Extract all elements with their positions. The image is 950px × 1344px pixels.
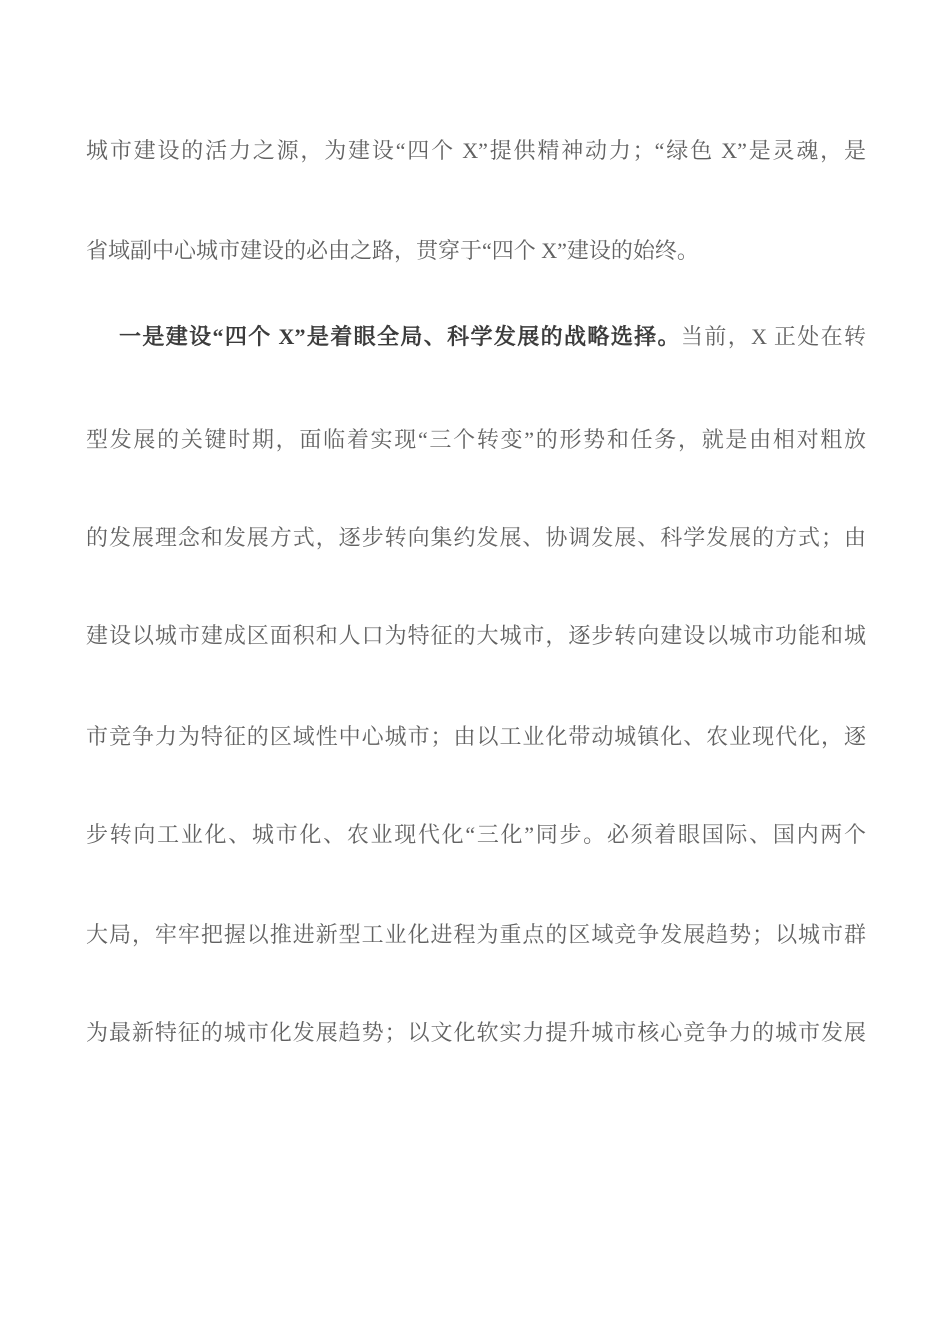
- paragraph2-line-2: 型发展的关键时期，面临着实现“三个转变”的形势和任务，就是由相对粗放: [86, 426, 866, 454]
- paragraph2-line-1: 一是建设“四个 X”是着眼全局、科学发展的战略选择。当前，X 正处在转: [86, 323, 866, 351]
- paragraph1-line-1: 城市建设的活力之源，为建设“四个 X”提供精神动力；“绿色 X”是灵魂，是: [86, 137, 866, 165]
- paragraph2-line-8: 为最新特征的城市化发展趋势；以文化软实力提升城市核心竞争力的城市发展: [86, 1019, 866, 1047]
- paragraph2-line-5: 市竞争力为特征的区域性中心城市；由以工业化带动城镇化、农业现代化，逐: [86, 723, 866, 751]
- paragraph2-line-6: 步转向工业化、城市化、农业现代化“三化”同步。必须着眼国际、国内两个: [86, 821, 866, 849]
- paragraph2-line-7: 大局，牢牢把握以推进新型工业化进程为重点的区域竞争发展趋势；以城市群: [86, 921, 866, 949]
- paragraph1-line-2: 省域副中心城市建设的必由之路，贯穿于“四个 X”建设的始终。: [86, 237, 866, 265]
- paragraph2-line-4: 建设以城市建成区面积和人口为特征的大城市，逐步转向建设以城市功能和城: [86, 622, 866, 650]
- document-page: 城市建设的活力之源，为建设“四个 X”提供精神动力；“绿色 X”是灵魂，是 省域…: [0, 0, 950, 1344]
- body-text: 省域副中心城市建设的必由之路，贯穿于“四个 X”建设的始终。: [86, 238, 699, 263]
- body-text: 当前，X 正处在转: [681, 324, 866, 349]
- bold-lead-sentence: 一是建设“四个 X”是着眼全局、科学发展的战略选择。: [119, 324, 681, 349]
- body-text: 大局，牢牢把握以推进新型工业化进程为重点的区域竞争发展趋势；以城市群: [86, 922, 866, 947]
- body-text: 型发展的关键时期，面临着实现“三个转变”的形势和任务，就是由相对粗放: [86, 427, 866, 452]
- paragraph2-line-3: 的发展理念和发展方式，逐步转向集约发展、协调发展、科学发展的方式；由: [86, 524, 866, 552]
- body-text: 城市建设的活力之源，为建设“四个 X”提供精神动力；“绿色 X”是灵魂，是: [86, 138, 866, 163]
- body-text: 的发展理念和发展方式，逐步转向集约发展、协调发展、科学发展的方式；由: [86, 525, 866, 550]
- body-text: 市竞争力为特征的区域性中心城市；由以工业化带动城镇化、农业现代化，逐: [86, 724, 866, 749]
- body-text: 为最新特征的城市化发展趋势；以文化软实力提升城市核心竞争力的城市发展: [86, 1020, 866, 1045]
- body-text: 建设以城市建成区面积和人口为特征的大城市，逐步转向建设以城市功能和城: [86, 623, 866, 648]
- body-text: 步转向工业化、城市化、农业现代化“三化”同步。必须着眼国际、国内两个: [86, 822, 866, 847]
